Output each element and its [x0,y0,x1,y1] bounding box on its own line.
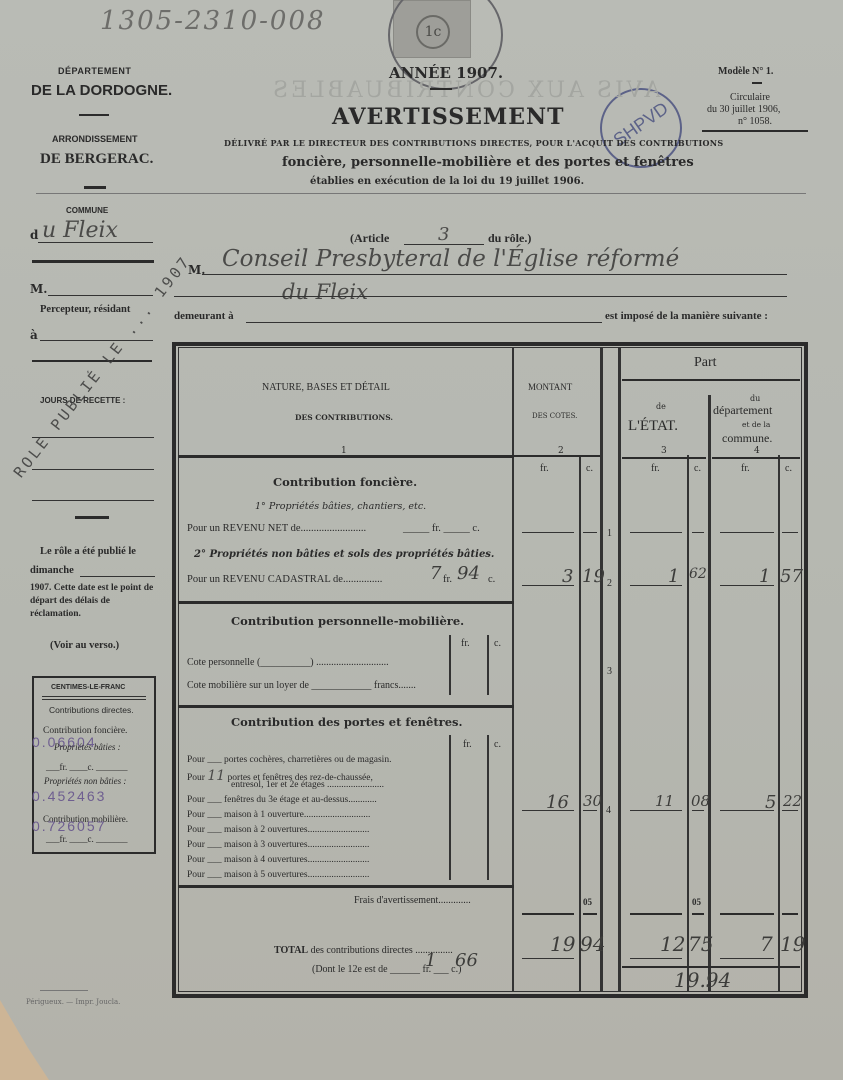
fonciere-sub2: 2° Propriétés non bâties et sols des pro… [194,549,494,560]
fonciere-etat-fr: 1 [668,566,679,587]
commune-label: COMMUNE [66,206,108,215]
douzieme-line: (Dont le 12e est de ______ fr. ___ c.) [312,964,461,975]
dimanche-field[interactable] [80,576,155,577]
portes-row: Pour ___ maison à 3 ouvertures..........… [187,840,369,850]
c-label: c. [694,463,701,474]
row-number: 3 [607,666,612,677]
article-underline [404,244,484,245]
total-dept-fr: 7 [760,932,773,956]
portes-montant-c: 30 [583,792,602,810]
non-baties-value: 0.452463 [32,788,106,804]
col3-number: 3 [661,446,667,456]
cote-mobiliere-line: Cote mobilière sur un loyer de _________… [187,680,416,691]
name-underline [202,274,787,275]
header-rule [514,455,600,457]
departement-value: DE LA DORDOGNE. [31,82,172,99]
jours-field-2[interactable] [32,469,154,470]
col-divider [512,347,514,992]
revenu-cadastral-c: 94 [457,563,480,584]
divider [430,88,452,90]
subtitle-contributions: foncière, personnelle-mobilière et des p… [282,155,694,170]
portes-row: entresol, 1er et 2e étages .............… [231,780,384,790]
fr-label: fr. [443,574,452,585]
avertissement-title: AVERTISSEMENT [332,104,565,130]
portes-dept-c: 22 [783,792,802,810]
col3-de: de [656,402,666,411]
section-rule [178,601,514,604]
portes-row: Pour ___ portes cochères, charretières o… [187,755,391,765]
fr-label: fr. [461,638,470,649]
row-number: 4 [606,805,611,816]
portes-etat-c: 08 [691,792,710,810]
col2-subheader: DES COTES. [532,412,577,420]
col1-subheader: DES CONTRIBUTIONS. [295,413,393,422]
percepteur-prefix: à [30,328,38,342]
fonciere-etat-c: 62 [689,566,707,582]
m-field[interactable] [48,295,153,296]
voir-verso: (Voir au verso.) [50,640,119,651]
subtitle-loi: établies en exécution de la loi du 19 ju… [310,176,584,187]
commune-underline [38,242,153,243]
dimanche-label: dimanche [30,565,74,576]
revenu-cadastral-line: Pour un REVENU CADASTRAL de.............… [187,574,382,585]
frais-label: Frais d'avertissement............. [354,895,471,906]
portes-row: Pour ___ fenêtres du 3e étage et au-dess… [187,795,377,805]
c-label: c. [488,574,495,585]
brace-divider [32,360,152,362]
role-label: du rôle.) [488,231,531,246]
demeurant-field[interactable] [246,322,602,323]
col-divider [600,347,603,992]
modele-label: Modèle N° 1. [718,66,773,77]
douzieme-c: 66 [455,950,478,971]
fr-label: fr. [651,463,660,474]
col4-du: du [750,394,760,403]
article-number: 3 [438,224,449,245]
centimes-box: CENTIMES-LE-FRANC Contributions directes… [32,676,156,854]
divider [752,82,762,84]
taxpayer-name-line2: du Fleix [282,280,368,304]
percepteur-label: Percepteur, résidant [40,304,130,315]
c-label: c. [586,463,593,474]
fr-label: fr. [540,463,549,474]
archive-reference: 1305-2310-008 [100,6,326,36]
brace-divider [702,130,808,132]
col4-header-1: département [713,403,772,418]
douzieme-fr: 1 [425,950,436,971]
part-brace [622,379,800,381]
revenu-net-line: Pour un REVENU NET de...................… [187,523,366,534]
taxpayer-name-line1: Conseil Presbyteral de l'Église réformé [222,246,679,272]
contributions-directes-label: Contributions directes. [49,705,134,715]
arrondissement-value: DE BERGERAC. [40,151,153,168]
fr-label: fr. [741,463,750,474]
role-publie-text: Le rôle a été publié le [40,546,136,557]
fonciere-sub1: 1° Propriétés bâties, chantiers, etc. [255,501,426,512]
commune-prefix: d [30,228,38,242]
subtitle-delivre: DÉLIVRÉ PAR LE DIRECTEUR DES CONTRIBUTIO… [224,138,724,148]
baties-fields: ___fr. ____c. _______ [46,762,128,772]
portes-row: Pour ___ maison à 1 ouverture...........… [187,810,370,820]
col-divider [708,395,711,992]
frais-montant-c: 05 [583,897,592,907]
c-label: c. [494,739,501,750]
jours-field-3[interactable] [32,500,154,501]
c-label: c. [785,463,792,474]
grand-total: 19.94 [674,968,731,992]
divider [32,260,154,263]
annee-title: ANNÉE 1907. [389,64,503,82]
non-baties-label: Propriétés non bâties : [44,776,126,786]
col4-header-2: et de la [742,420,770,429]
baties-label: Propriétés bâties : [54,742,121,752]
revenu-net-fields: _____ fr. _____ c. [403,523,480,534]
col3-header: L'ÉTAT. [628,418,678,435]
mobiliere-fields: ___fr. ____c. _______ [46,834,128,844]
m-label: M. [30,282,47,296]
total-montant-c: 94 [580,932,605,956]
col4-header-3: commune. [722,431,772,446]
col1-header: NATURE, BASES ET DÉTAIL [262,382,390,393]
revenu-cadastral-fr: 7 [430,563,441,584]
arrondissement-label: ARRONDISSEMENT [52,134,138,144]
section-rule [178,885,514,888]
portes-etat-fr: 11 [655,792,674,810]
portes-row: Pour ___ maison à 2 ouvertures..........… [187,825,369,835]
commune-value: u Fleix [42,218,118,243]
col-divider [579,455,581,992]
fr-label: fr. [463,739,472,750]
cote-personnelle-line: Cote personnelle (__________) ..........… [187,657,389,668]
percepteur-field[interactable] [40,340,153,341]
mobiliere-value: 0.726057 [32,818,106,834]
divider [75,516,109,519]
col4-number: 4 [754,446,760,456]
c-label: c. [494,638,501,649]
total-etat-fr: 12 [660,932,685,956]
portes-title: Contribution des portes et fenêtres. [231,715,463,729]
name-underline-2 [174,296,787,297]
circulaire-numero: n° 1058. [738,116,772,127]
role-date-note: 1907. Cette date est le point de départ … [30,582,158,621]
personnelle-title: Contribution personnelle-mobilière. [231,614,464,628]
article-label: (Article [350,231,389,246]
portes-row: Pour ___ maison à 4 ouvertures..........… [187,855,369,865]
divider [79,114,109,116]
total-dept-c: 19 [780,932,805,956]
printer-imprint: Périgueux. — Impr. Joucla. [26,998,120,1006]
col-divider [618,347,621,992]
document-page: 1305-2310-008 1c SHPVD AVIS AUX CONTRIBU… [0,0,843,1080]
row-number: 1 [607,528,612,539]
total-etat-c: 75 [688,932,713,956]
frais-etat-c: 05 [692,897,701,907]
total-montant-fr: 19 [550,932,575,956]
demeurant-label: demeurant à [174,310,234,322]
fonciere-dept-c: 57 [780,566,803,587]
departement-label: DÉPARTEMENT [58,66,131,76]
header-rule [712,457,800,459]
paper-corner [0,1000,70,1080]
header-rule [178,455,514,458]
fonciere-title: Contribution foncière. [273,475,417,489]
fonciere-dept-fr: 1 [759,566,770,587]
portes-row: Pour ___ maison à 5 ouvertures..........… [187,870,369,880]
centimes-title: CENTIMES-LE-FRANC [51,684,125,691]
fonciere-montant-c: 19 [582,566,605,587]
circulaire-label: Circulaire [730,92,770,103]
col-divider [687,455,689,992]
row-number: 2 [607,578,612,589]
header-rule [36,193,806,194]
fonciere-montant-fr: 3 [562,566,573,587]
section-rule [178,705,514,708]
part-header: Part [694,355,717,371]
divider [84,186,106,189]
circulaire-date: du 30 juillet 1906, [707,104,780,115]
header-rule [622,457,706,459]
col2-header: MONTANT [528,382,572,392]
impose-label: est imposé de la manière suivante : [605,310,768,322]
col-divider [778,455,780,992]
